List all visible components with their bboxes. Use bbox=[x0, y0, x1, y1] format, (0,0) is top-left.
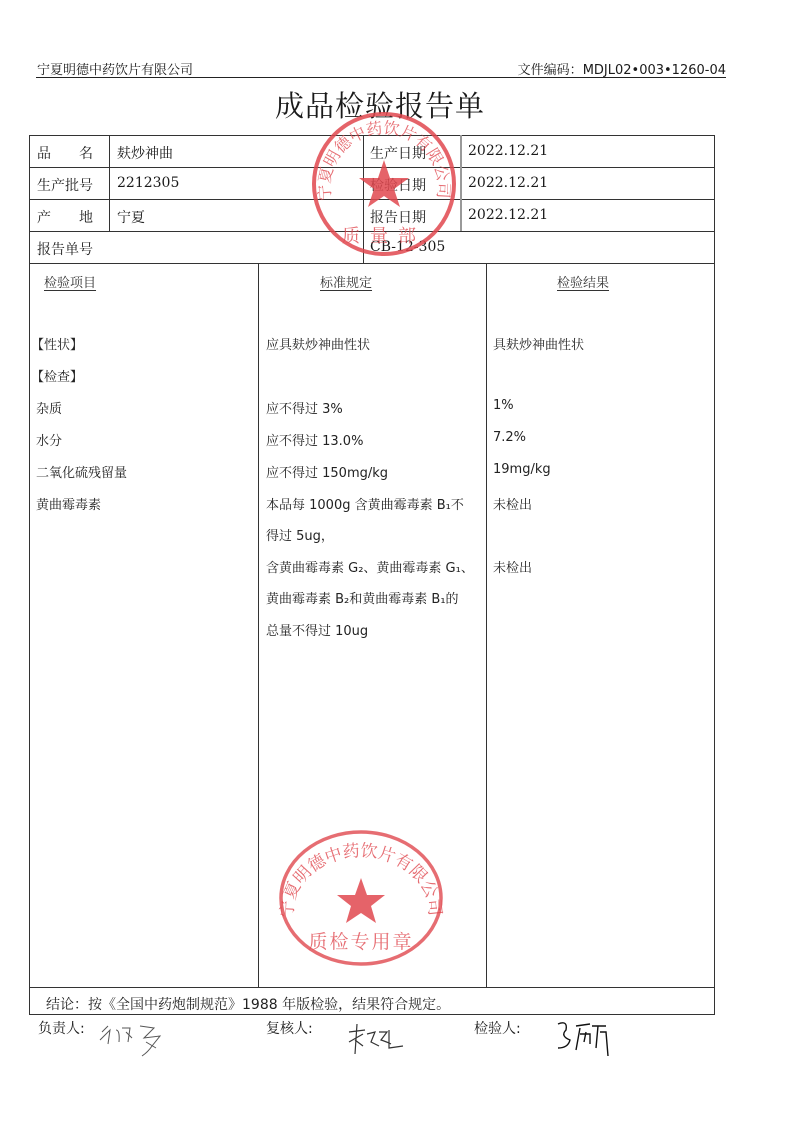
report-title: 成品检验报告单 bbox=[0, 84, 760, 125]
inspector-label: 检验人: bbox=[474, 1018, 521, 1038]
standard-aflatoxin-b1-line1: 本品每 1000g 含黄曲霉毒素 B₁不 bbox=[266, 494, 464, 513]
result-aflatoxin-total: 未检出 bbox=[493, 557, 532, 576]
report-no-value: CB-12-305 bbox=[370, 239, 445, 255]
document-code-label: 文件编码： bbox=[518, 63, 583, 78]
batch-value: 2212305 bbox=[117, 175, 179, 191]
conclusion: 结论：按《全国中药炮制规范》1988 年版检验，结果符合规定。 bbox=[46, 994, 450, 1014]
result-appearance: 具麸炒神曲性状 bbox=[493, 334, 584, 353]
item-moisture: 水分 bbox=[36, 430, 62, 449]
row-divider bbox=[29, 263, 715, 264]
responsible-signature bbox=[96, 1018, 176, 1064]
standard-aflatoxin-total-line1: 含黄曲霉毒素 G₂、黄曲霉毒素 G₁、 bbox=[266, 557, 474, 576]
col-divider bbox=[363, 135, 364, 263]
result-so2: 19mg/kg bbox=[493, 462, 551, 477]
standard-aflatoxin-total-line3: 总量不得过 10ug bbox=[266, 620, 368, 639]
item-impurity: 杂质 bbox=[36, 398, 62, 417]
standard-aflatoxin-total-line2: 黄曲霉毒素 B₂和黄曲霉毒素 B₁的 bbox=[266, 588, 459, 607]
origin-label: 产 地 bbox=[37, 207, 93, 227]
row-divider bbox=[29, 231, 715, 232]
item-appearance: 【性状】 bbox=[31, 334, 83, 353]
production-date-value: 2022.12.21 bbox=[468, 143, 548, 159]
result-impurity: 1% bbox=[493, 398, 514, 413]
inspection-date-value: 2022.12.21 bbox=[468, 175, 548, 191]
product-name-value: 麸炒神曲 bbox=[117, 143, 173, 163]
col-divider bbox=[486, 263, 487, 987]
row-divider bbox=[29, 167, 715, 168]
origin-value: 宁夏 bbox=[117, 207, 145, 227]
document-code: 文件编码：MDJL02•003•1260-04 bbox=[518, 59, 726, 78]
row-divider bbox=[29, 199, 715, 200]
header-test-item: 检验项目 bbox=[44, 272, 96, 291]
standard-aflatoxin-b1-line2: 得过 5ug， bbox=[266, 525, 334, 544]
report-no-label: 报告单号 bbox=[37, 239, 93, 259]
item-aflatoxin: 黄曲霉毒素 bbox=[36, 494, 101, 513]
report-date-value: 2022.12.21 bbox=[468, 207, 548, 223]
inspection-date-label: 检验日期 bbox=[370, 175, 426, 195]
header-standard: 标准规定 bbox=[320, 272, 372, 291]
header-divider bbox=[36, 77, 726, 78]
item-so2: 二氧化硫残留量 bbox=[36, 462, 127, 481]
inspector-signature bbox=[552, 1018, 622, 1062]
result-aflatoxin-b1: 未检出 bbox=[493, 494, 532, 513]
document-code-value: MDJL02•003•1260-04 bbox=[583, 63, 726, 78]
company-name: 宁夏明德中药饮片有限公司 bbox=[37, 59, 193, 78]
batch-label: 生产批号 bbox=[37, 175, 93, 195]
result-moisture: 7.2% bbox=[493, 430, 526, 445]
row-divider bbox=[29, 987, 715, 988]
header-result: 检验结果 bbox=[557, 272, 609, 291]
item-inspection: 【检查】 bbox=[31, 366, 83, 385]
col-divider bbox=[460, 135, 462, 231]
responsible-label: 负责人: bbox=[38, 1018, 85, 1038]
standard-impurity: 应不得过 3% bbox=[266, 398, 343, 417]
standard-so2: 应不得过 150mg/kg bbox=[266, 462, 388, 481]
col-divider bbox=[258, 263, 259, 987]
reviewer-label: 复核人: bbox=[266, 1018, 313, 1038]
product-name-label: 品 名 bbox=[37, 143, 93, 163]
standard-moisture: 应不得过 13.0% bbox=[266, 430, 363, 449]
production-date-label: 生产日期 bbox=[370, 143, 426, 163]
report-date-label: 报告日期 bbox=[370, 207, 426, 227]
col-divider bbox=[109, 135, 110, 231]
reviewer-signature bbox=[345, 1020, 415, 1062]
standard-appearance: 应具麸炒神曲性状 bbox=[266, 334, 370, 353]
